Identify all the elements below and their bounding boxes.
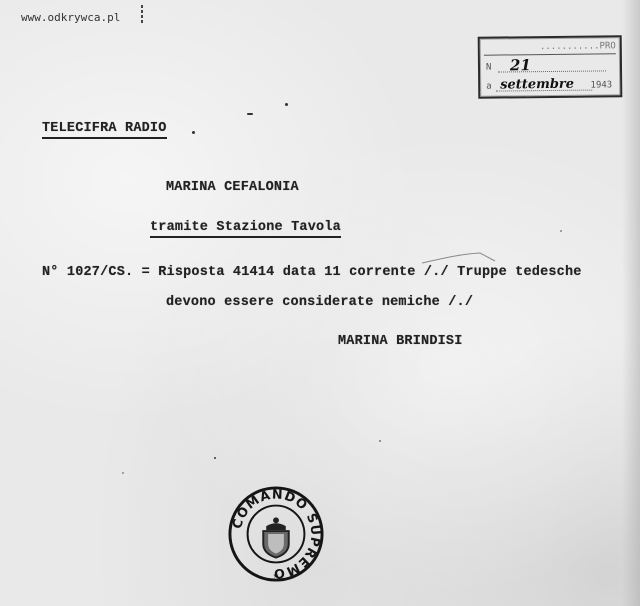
message-line-2: devono essere considerate nemiche /./ — [166, 295, 473, 310]
paper-speck — [247, 113, 253, 115]
stamp-month: settembre — [500, 77, 574, 93]
stamp-day-row: N 21 — [484, 55, 616, 74]
paper-speck — [379, 440, 381, 442]
addressee: MARINA CEFALONIA — [166, 180, 299, 195]
stamp-header: ...........PRO — [484, 39, 616, 55]
page-edge-shadow — [622, 0, 640, 606]
stamp-year: 1943 — [590, 80, 612, 90]
crowned-shield-icon — [263, 517, 288, 557]
document-heading: TELECIFRA RADIO — [42, 121, 167, 139]
message-line-1: N° 1027/CS. = Risposta 41414 data 11 cor… — [42, 265, 582, 280]
paper-speck — [122, 472, 124, 474]
stamp-row3-prefix: a — [486, 82, 492, 92]
paper-speck — [214, 457, 216, 459]
watermark: www.odkrywca.pl — [21, 11, 120, 24]
signature: MARINA BRINDISI — [338, 334, 463, 349]
pencil-mark — [420, 251, 500, 265]
paper-speck — [560, 230, 562, 232]
stamp-row2-prefix: N — [486, 63, 492, 73]
seal-star-icon: ★ — [273, 570, 279, 581]
stamp-date-row: a settembre 1943 — [484, 74, 616, 93]
ink-mark — [141, 5, 143, 23]
stamp-day: 21 — [510, 56, 531, 74]
paper-speck — [285, 103, 288, 106]
routing-line: tramite Stazione Tavola — [150, 220, 341, 238]
receipt-stamp: ...........PRO N 21 a settembre 1943 — [478, 35, 623, 99]
paper-speck — [192, 131, 195, 134]
comando-supremo-seal: COMANDO SUPREMO ★ — [227, 484, 325, 584]
